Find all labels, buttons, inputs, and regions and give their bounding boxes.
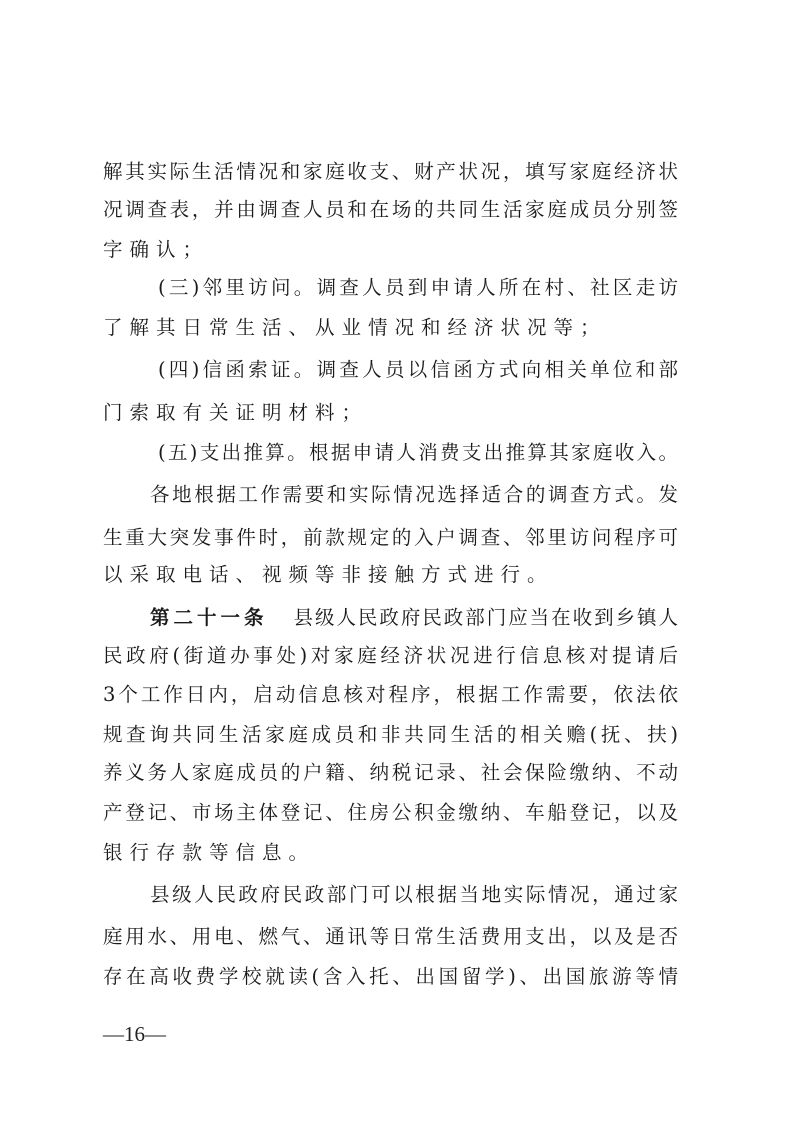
paragraph-line: 县级人民政府民政部门可以根据当地实际情况，通过家 xyxy=(150,880,678,910)
paragraph-line: 规查询共同生活家庭成员和非共同生活的相关赡(抚、扶) xyxy=(103,720,678,750)
paragraph-line: 以采取电话、视频等非接触方式进行。 xyxy=(103,560,678,590)
paragraph-line: 门索取有关证明材料； xyxy=(103,398,678,428)
paragraph-line: 生重大突发事件时，前款规定的入户调查、邻里访问程序可 xyxy=(103,523,678,553)
paragraph-line: 庭用水、用电、燃气、通讯等日常生活费用支出，以及是否 xyxy=(103,922,678,952)
paragraph-line: 3个工作日内，启动信息核对程序，根据工作需要，依法依 xyxy=(103,680,678,710)
paragraph-line: 养义务人家庭成员的户籍、纳税记录、社会保险缴纳、不动 xyxy=(103,758,678,788)
paragraph-line: 县级人民政府民政部门应当在收到乡镇人 xyxy=(294,603,678,633)
document-page: 解其实际生活情况和家庭收支、财产状况，填写家庭经济状 况调查表，并由调查人员和在… xyxy=(0,0,793,1121)
paragraph-line: 存在高收费学校就读(含入托、出国留学)、出国旅游等情 xyxy=(103,962,678,992)
paragraph-line-item-4: (四)信函索证。调查人员以信函方式向相关单位和部 xyxy=(158,355,678,385)
paragraph-line: 民政府(街道办事处)对家庭经济状况进行信息核对提请后 xyxy=(103,641,678,671)
article-heading-line: 第二十一条 县级人民政府民政部门应当在收到乡镇人 xyxy=(150,603,678,633)
paragraph-line-item-5: (五)支出推算。根据申请人消费支出推算其家庭收入。 xyxy=(158,438,678,468)
paragraph-line: 况调查表，并由调查人员和在场的共同生活家庭成员分别签 xyxy=(103,195,678,225)
paragraph-line: 字确认； xyxy=(103,235,678,265)
paragraph-line: 各地根据工作需要和实际情况选择适合的调查方式。发 xyxy=(150,480,678,510)
paragraph-line: 解其实际生活情况和家庭收支、财产状况，填写家庭经济状 xyxy=(103,157,678,187)
paragraph-line: 了解其日常生活、从业情况和经济状况等； xyxy=(103,313,678,343)
page-number: —16— xyxy=(103,1022,166,1047)
paragraph-line: 银行存款等信息。 xyxy=(103,838,678,868)
paragraph-line-item-3: (三)邻里访问。调查人员到申请人所在村、社区走访 xyxy=(158,273,678,303)
article-heading: 第二十一条 xyxy=(150,603,268,633)
paragraph-line: 产登记、市场主体登记、住房公积金缴纳、车船登记，以及 xyxy=(103,798,678,828)
